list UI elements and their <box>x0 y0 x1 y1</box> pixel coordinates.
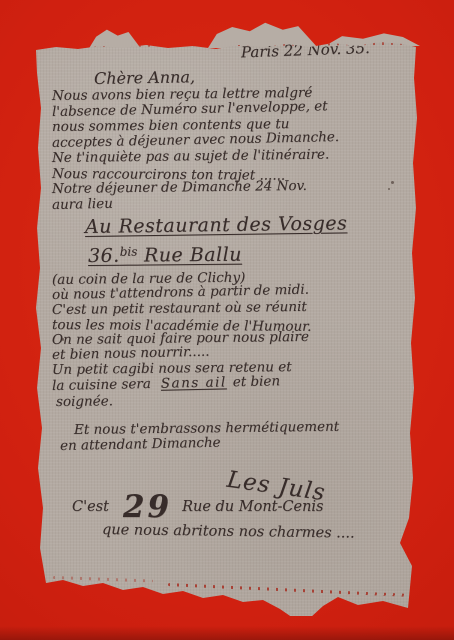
letter-text: Paris 22 Nov. 35. Chère Anna, Nous avons… <box>28 38 422 616</box>
venue-address: 36.bis Rue Ballu <box>88 237 406 269</box>
street-number: 36. <box>88 245 120 267</box>
postscript-address: C'est29Rue du Mont-Cenis <box>72 492 406 522</box>
photo-background: Paris 22 Nov. 35. Chère Anna, Nous avons… <box>0 0 454 640</box>
paragraph-1: Nous avons bien reçu ta lettre malgré l'… <box>52 89 406 213</box>
postscript-line: que nous abritons nos charmes .... <box>102 522 406 542</box>
torn-paper-fragment <box>88 26 142 50</box>
ps-pre: C'est <box>72 499 109 515</box>
street-number-suffix: bis <box>120 245 138 259</box>
letter-line: C'est un petit restaurant où se réunit <box>52 299 406 318</box>
street-name: Rue Ballu <box>144 244 242 267</box>
venue-name: Au Restaurant des Vosges <box>85 211 406 240</box>
cuisine-pre: la cuisine sera <box>52 376 151 394</box>
letter-paper: Paris 22 Nov. 35. Chère Anna, Nous avons… <box>28 38 422 616</box>
paragraph-2: (au coin de la rue de Clichy) où nous t'… <box>52 273 406 378</box>
letter-line: Ne t'inquiète pas au sujet de l'itinérai… <box>52 147 406 167</box>
ps-street-number: 29 <box>123 489 172 525</box>
cuisine-post: et bien <box>233 373 281 390</box>
letter-line: soignée. <box>56 390 406 410</box>
cuisine-underlined: Sans ail <box>161 374 227 391</box>
torn-paper-fragment <box>208 20 318 48</box>
